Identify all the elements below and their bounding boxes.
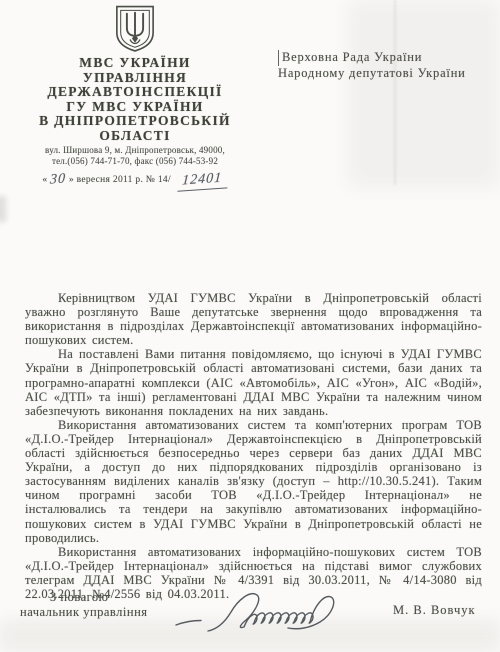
scan-shading-top-right	[348, 0, 500, 188]
address-line: тел.(056) 744-71-70, факс (056) 744-53-9…	[15, 156, 255, 167]
scanned-letter-page: МВС УКРАЇНИ УПРАВЛІННЯ ДЕРЖАВТОІНСПЕКЦІЇ…	[0, 0, 500, 652]
org-name-line: ОБЛАСТІ	[15, 129, 255, 144]
org-name-line: УПРАВЛІННЯ	[15, 71, 255, 86]
org-name-line: ДЕРЖАВТОІНСПЕКЦІЇ	[15, 85, 255, 100]
handwritten-doc-number: 12401	[177, 170, 228, 192]
quote-open: «	[42, 175, 47, 185]
recipient-org: Верховна Рада України	[278, 50, 466, 66]
closing-block: З повагою начальник управління	[20, 590, 148, 620]
scan-fold-line	[394, 0, 396, 185]
recipient-block: Верховна Рада України Народному депутато…	[278, 50, 466, 81]
org-name-line: В ДНІПРОПЕТРОВСЬКІЙ	[15, 114, 255, 129]
org-name-line: МВС УКРАЇНИ	[15, 56, 255, 71]
closing-regards: З повагою	[20, 590, 148, 605]
body-paragraph: Використання автоматизованих систем та к…	[25, 418, 482, 545]
body-paragraph: Керівництвом УДАІ ГУМВС України в Дніпро…	[25, 291, 482, 347]
body-paragraph: На поставлені Вами питання повідомляємо,…	[25, 347, 482, 417]
scan-edge-speck	[0, 196, 6, 222]
coat-of-arms-icon	[114, 4, 156, 52]
date-and-number-line: « 30 » вересня 2011 р. № 14/ 12401	[15, 171, 255, 189]
address-line: вул. Ширшова 9, м. Дніпропетровськ, 4900…	[15, 145, 255, 156]
letterhead: МВС УКРАЇНИ УПРАВЛІННЯ ДЕРЖАВТОІНСПЕКЦІЇ…	[15, 4, 255, 189]
signature-stroke	[170, 584, 380, 642]
date-text: вересня 2011 р. № 14/	[77, 175, 171, 185]
handwritten-signature	[170, 584, 380, 642]
quote-close: »	[69, 175, 74, 185]
signer-name: М. В. Вовчук	[393, 603, 476, 618]
handwritten-date-day: 30	[50, 171, 67, 188]
recipient-person: Народному депутатові України	[278, 66, 466, 82]
letter-body: Керівництвом УДАІ ГУМВС України в Дніпро…	[25, 291, 482, 601]
signer-position: начальник управління	[20, 605, 148, 620]
